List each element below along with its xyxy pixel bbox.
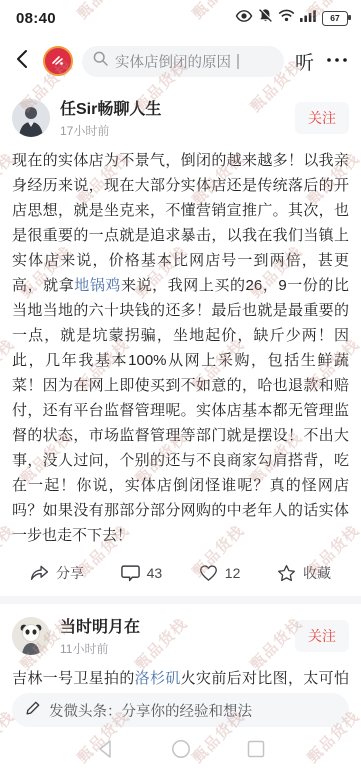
post-text: 现在的实体店为不景气，倒闭的越来越多！以我亲身经历来说，现在大部分实体店还是传统… (12, 152, 349, 294)
text-cursor (237, 54, 239, 69)
avatar[interactable] (12, 617, 50, 655)
pencil-icon (25, 700, 41, 721)
topic-link[interactable]: 洛杉矶 (135, 670, 181, 687)
system-nav (0, 738, 361, 760)
post-actions: 分享 43 12 收藏 (12, 548, 349, 596)
post-header: 当时明月在 11小时前 关注 (12, 604, 349, 659)
system-recents-icon[interactable] (245, 738, 267, 760)
search-query: 实体店倒闭的原因 (115, 51, 231, 72)
author-name[interactable]: 当时明月在 (60, 614, 295, 637)
listen-button[interactable]: 听 (293, 48, 316, 75)
nav-bar: 实体店倒闭的原因 听 (0, 36, 361, 86)
search-input[interactable]: 实体店倒闭的原因 (82, 46, 284, 77)
search-icon (92, 50, 109, 72)
post-time: 11小时前 (60, 640, 295, 657)
like-button[interactable]: 12 (199, 564, 241, 582)
post-text: 来说，我网上买的26，9一份的比当地当地的六十块钱的还多！最后也就是最重要的一点… (12, 277, 349, 544)
status-time: 08:40 (16, 10, 56, 27)
like-count: 12 (225, 565, 241, 581)
status-icons: 67 (235, 8, 348, 28)
app-screen: 08:40 67 (0, 0, 361, 780)
avatar[interactable] (12, 99, 50, 137)
comment-button[interactable]: 43 (121, 564, 163, 582)
composer-input[interactable]: 发微头条：分享你的经验和想法 (12, 693, 349, 727)
back-icon[interactable] (12, 47, 34, 76)
post-body: 现在的实体店为不景气，倒闭的越来越多！以我亲身经历来说，现在大部分实体店还是传统… (12, 148, 349, 548)
battery-nub (348, 15, 350, 20)
follow-button[interactable]: 关注 (295, 620, 349, 652)
share-button[interactable]: 分享 (30, 563, 84, 583)
more-icon[interactable] (325, 52, 349, 70)
post-meta: 任Sir畅聊人生 17小时前 (60, 96, 295, 139)
system-home-icon[interactable] (170, 738, 192, 760)
composer-placeholder: 发微头条：分享你的经验和想法 (49, 700, 252, 721)
post-time: 17小时前 (60, 122, 295, 139)
wifi-icon (278, 9, 295, 27)
eye-comfort-icon (235, 9, 253, 28)
post-text: 吉林一号卫星拍的 (12, 670, 135, 687)
status-bar: 08:40 67 (0, 0, 361, 36)
author-name[interactable]: 任Sir畅聊人生 (60, 96, 295, 119)
bell-muted-icon (258, 8, 273, 28)
bottom-bar: 发微头条：分享你的经验和想法 (0, 688, 361, 780)
post-header: 任Sir畅聊人生 17小时前 关注 (12, 86, 349, 141)
section-divider (0, 596, 361, 604)
share-label: 分享 (56, 563, 84, 583)
follow-button[interactable]: 关注 (295, 102, 349, 134)
system-back-icon[interactable] (95, 738, 117, 760)
battery-level: 67 (330, 13, 339, 23)
topic-link[interactable]: 地锅鸡 (74, 277, 121, 294)
signal-icon (300, 9, 317, 27)
favorite-button[interactable]: 收藏 (277, 563, 331, 583)
comment-count: 43 (147, 565, 163, 581)
post-1: 任Sir畅聊人生 17小时前 关注 现在的实体店为不景气，倒闭的越来越多！以我亲… (0, 86, 361, 596)
favorite-label: 收藏 (303, 563, 331, 583)
post-meta: 当时明月在 11小时前 (60, 614, 295, 657)
battery-icon: 67 (322, 11, 348, 26)
app-logo[interactable] (43, 46, 73, 76)
